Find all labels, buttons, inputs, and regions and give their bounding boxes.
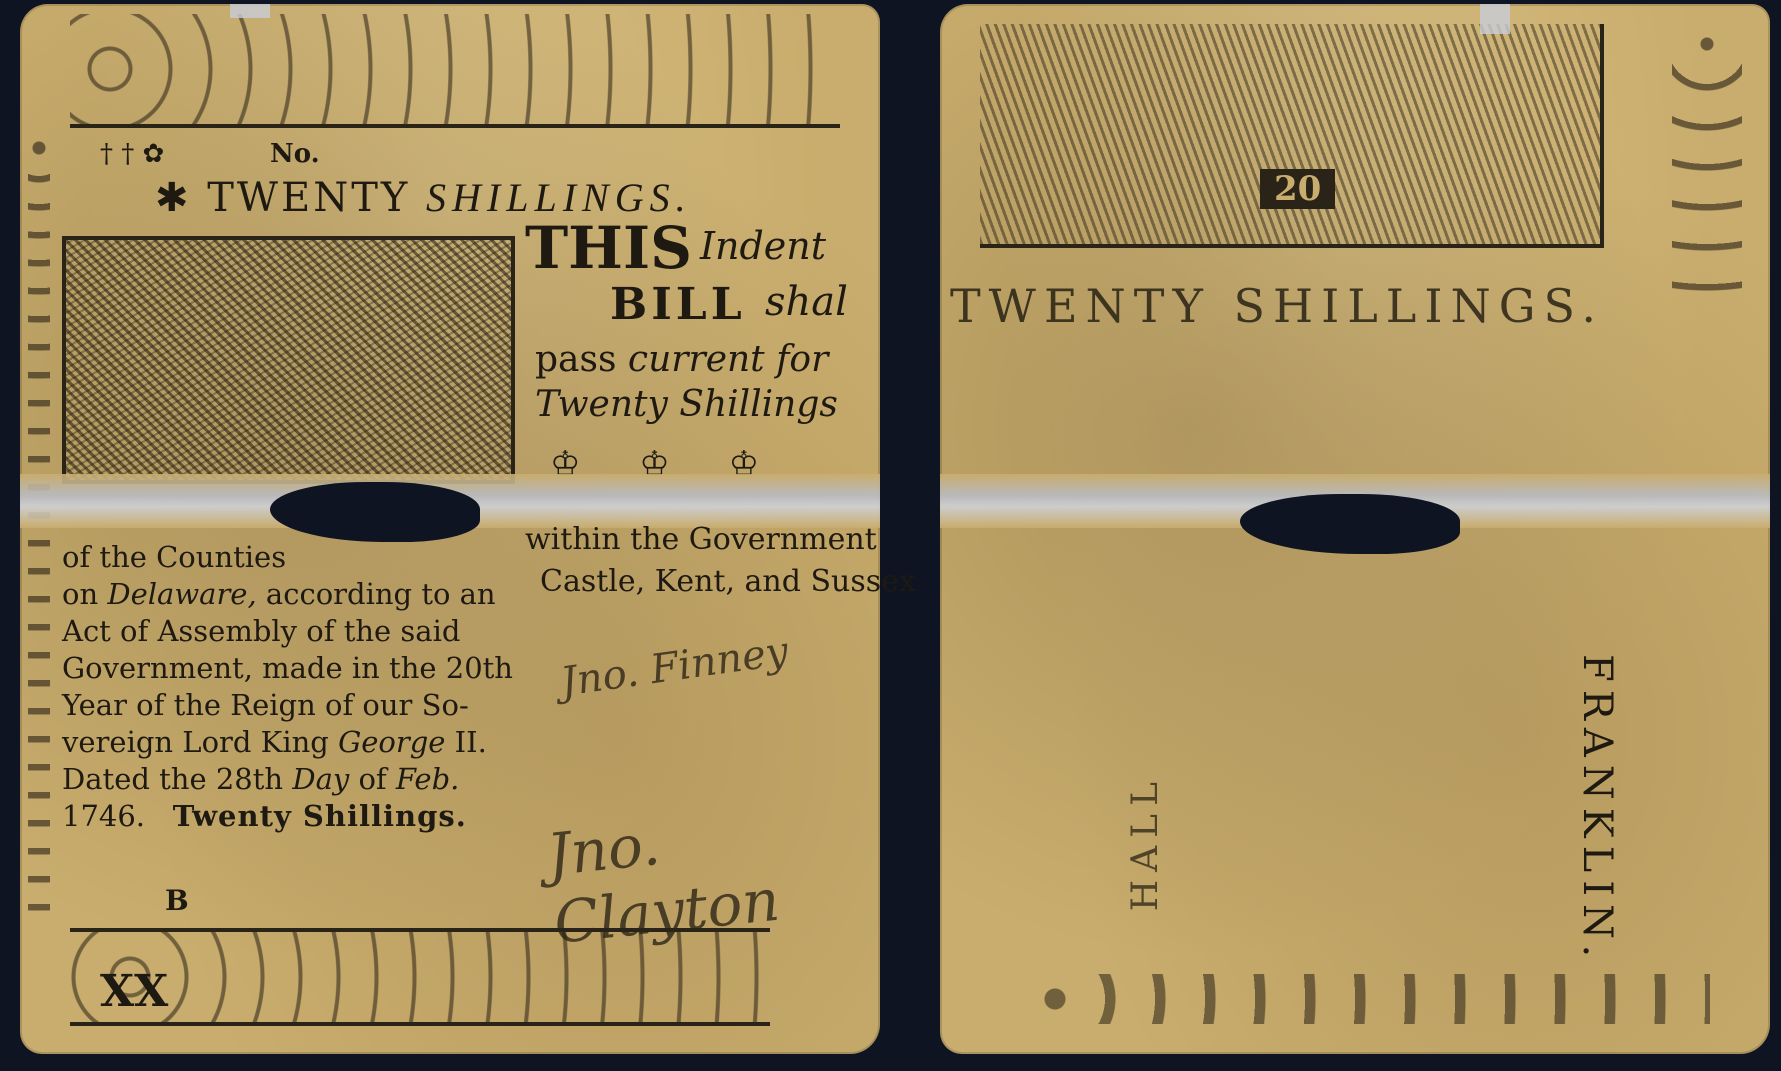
signature-1: Jno. Finney (558, 628, 791, 705)
back-bottom-ornament (1030, 974, 1710, 1024)
back-ornament-column (1672, 24, 1742, 304)
shall-word: shal (765, 279, 848, 325)
pass-current-line: pass current for (535, 339, 828, 380)
within-government-text: within the Government (525, 522, 877, 557)
printer-franklin: FRANKLIN. (1574, 654, 1620, 965)
note-back: 20 TWENTY SHILLINGS. FRANKLIN. HALL (940, 4, 1770, 1054)
plate-letter: B (165, 884, 189, 917)
body-line-1: of the Counties (62, 539, 542, 576)
body-line-5: Year of the Reign of our So- (62, 687, 542, 724)
body-line-6: vereign Lord King George II. (62, 724, 542, 761)
back-value-box: 20 (1260, 169, 1335, 209)
body-line-4: Government, made in the 20th (62, 650, 542, 687)
body-line-8: 1746. Twenty Shillings. (62, 798, 542, 835)
lion-vignette (980, 24, 1604, 248)
pass-word: pass (535, 339, 616, 380)
paper-hole (1240, 494, 1460, 554)
denomination-plain: TWENTY (207, 175, 410, 221)
bill-word: BILL (610, 279, 746, 330)
note-body-text: of the Counties on Delaware, according t… (62, 539, 542, 835)
twenty-shillings-script: Twenty Shillings (535, 384, 838, 425)
paper-hole (270, 482, 480, 542)
tape-fragment (230, 4, 270, 18)
printer-hall: HALL (1125, 774, 1166, 911)
top-ornamental-border (70, 14, 840, 128)
note-face: † † ✿ No. ✱ TWENTY SHILLINGS. THIS Inden… (20, 4, 880, 1054)
back-denomination: TWENTY SHILLINGS. (950, 279, 1604, 333)
royal-arms-vignette (62, 236, 515, 484)
serial-number-label: No. (270, 139, 320, 169)
corner-value: XX (100, 966, 168, 1017)
current-for-words: current for (628, 339, 828, 380)
counties-tail-text: Castle, Kent, and Sussex (540, 564, 916, 599)
serial-ornaments: † † ✿ (100, 139, 164, 169)
body-line-7: Dated the 28th Day of Feb. (62, 761, 542, 798)
tape-fragment (1480, 4, 1510, 34)
body-line-3: Act of Assembly of the said (62, 613, 542, 650)
indent-word: Indent (700, 224, 826, 268)
bottom-ornamental-border (70, 928, 770, 1026)
body-line-2: on Delaware, according to an (62, 576, 542, 613)
this-word: THIS (525, 214, 692, 282)
